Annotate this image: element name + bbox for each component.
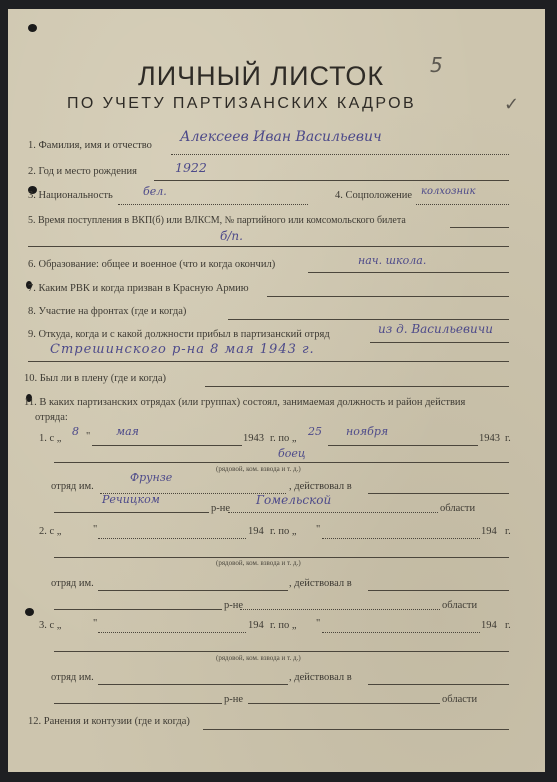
entry-2-region[interactable] — [240, 609, 440, 610]
field-12-input[interactable] — [203, 729, 509, 730]
personal-record-sheet: ЛИЧНЫЙ ЛИСТОК ПО УЧЕТУ ПАРТИЗАНСКИХ КАДР… — [8, 9, 545, 772]
field-9-value-line1[interactable]: из д. Васильевичи — [378, 322, 493, 336]
field-4-value[interactable]: колхозник — [421, 186, 475, 197]
field-10-input[interactable] — [205, 386, 509, 387]
entry-3-from-date[interactable] — [98, 632, 246, 633]
entry-1-to-day[interactable]: 25 — [308, 425, 322, 438]
field-3-value[interactable]: бел. — [143, 185, 167, 198]
field-10-label: 10. Был ли в плену (где и когда) — [24, 373, 166, 384]
field-9-label: 9. Откуда, когда и с какой должности при… — [28, 329, 330, 340]
check-mark: ✓ — [504, 94, 519, 115]
entry-2-position[interactable] — [54, 557, 509, 558]
entry-3-region[interactable] — [248, 703, 440, 704]
entry-3-district[interactable] — [54, 703, 222, 704]
entry-2-detachment[interactable] — [98, 590, 288, 591]
entry-1-detachment[interactable]: Фрунзе — [130, 471, 172, 484]
field-4-label: 4. Соцположение — [335, 190, 412, 201]
field-6-label: 6. Образование: общее и военное (что и к… — [28, 259, 275, 270]
field-12-label: 12. Ранения и контузии (где и когда) — [28, 716, 190, 727]
punch-hole — [25, 608, 34, 616]
field-6-value[interactable]: нач. школа. — [358, 254, 426, 267]
entry-1-region[interactable]: Гомельской — [256, 493, 331, 507]
entry-1-to-month[interactable]: ноября — [346, 425, 388, 438]
field-7-input[interactable] — [267, 296, 509, 297]
page-number-mark: 5 — [430, 53, 443, 77]
entry-3-to-date[interactable] — [322, 632, 480, 633]
field-2-value[interactable]: 1922 — [175, 160, 207, 175]
entry-2-to-date[interactable] — [322, 538, 480, 539]
entry-1-from-day[interactable]: 8 — [72, 425, 79, 438]
entry-1-from-year: 1943 — [243, 433, 264, 444]
field-3-label: 3. Национальность — [28, 190, 113, 201]
field-11-label-cont: отряда: — [35, 412, 68, 423]
entry-2-district[interactable] — [54, 609, 222, 610]
page-subtitle: ПО УЧЕТУ ПАРТИЗАНСКИХ КАДРОВ — [67, 95, 416, 113]
entry-3-position[interactable] — [54, 651, 509, 652]
entry-1-position[interactable]: боец — [278, 447, 306, 460]
punch-hole — [28, 24, 37, 32]
entry-2-from-date[interactable] — [98, 538, 246, 539]
entry-1-to-year: 1943 — [479, 433, 500, 444]
entry-1-from-month[interactable]: мая — [116, 425, 139, 438]
field-8-input[interactable] — [228, 319, 509, 320]
field-5-value[interactable]: б/п. — [220, 229, 243, 243]
field-1-value[interactable]: Алексеев Иван Васильевич — [180, 129, 382, 145]
field-9-value-line2[interactable]: Стрешинского р-на 8 мая 1943 г. — [50, 342, 315, 357]
entry-3-detachment[interactable] — [98, 684, 288, 685]
entry-1-district[interactable]: Речицком — [102, 493, 160, 506]
field-7-label: 7. Каким РВК и когда призван в Красную А… — [28, 283, 249, 294]
field-8-label: 8. Участие на фронтах (где и когда) — [28, 306, 186, 317]
field-2-label: 2. Год и место рождения — [28, 166, 137, 177]
field-1-label: 1. Фамилия, имя и отчество — [28, 140, 152, 151]
field-5-label: 5. Время поступления в ВКП(б) или ВЛКСМ,… — [28, 215, 406, 226]
page-title: ЛИЧНЫЙ ЛИСТОК — [138, 61, 384, 92]
field-11-label: 11. В каких партизанских отрядах (или гр… — [24, 397, 465, 408]
